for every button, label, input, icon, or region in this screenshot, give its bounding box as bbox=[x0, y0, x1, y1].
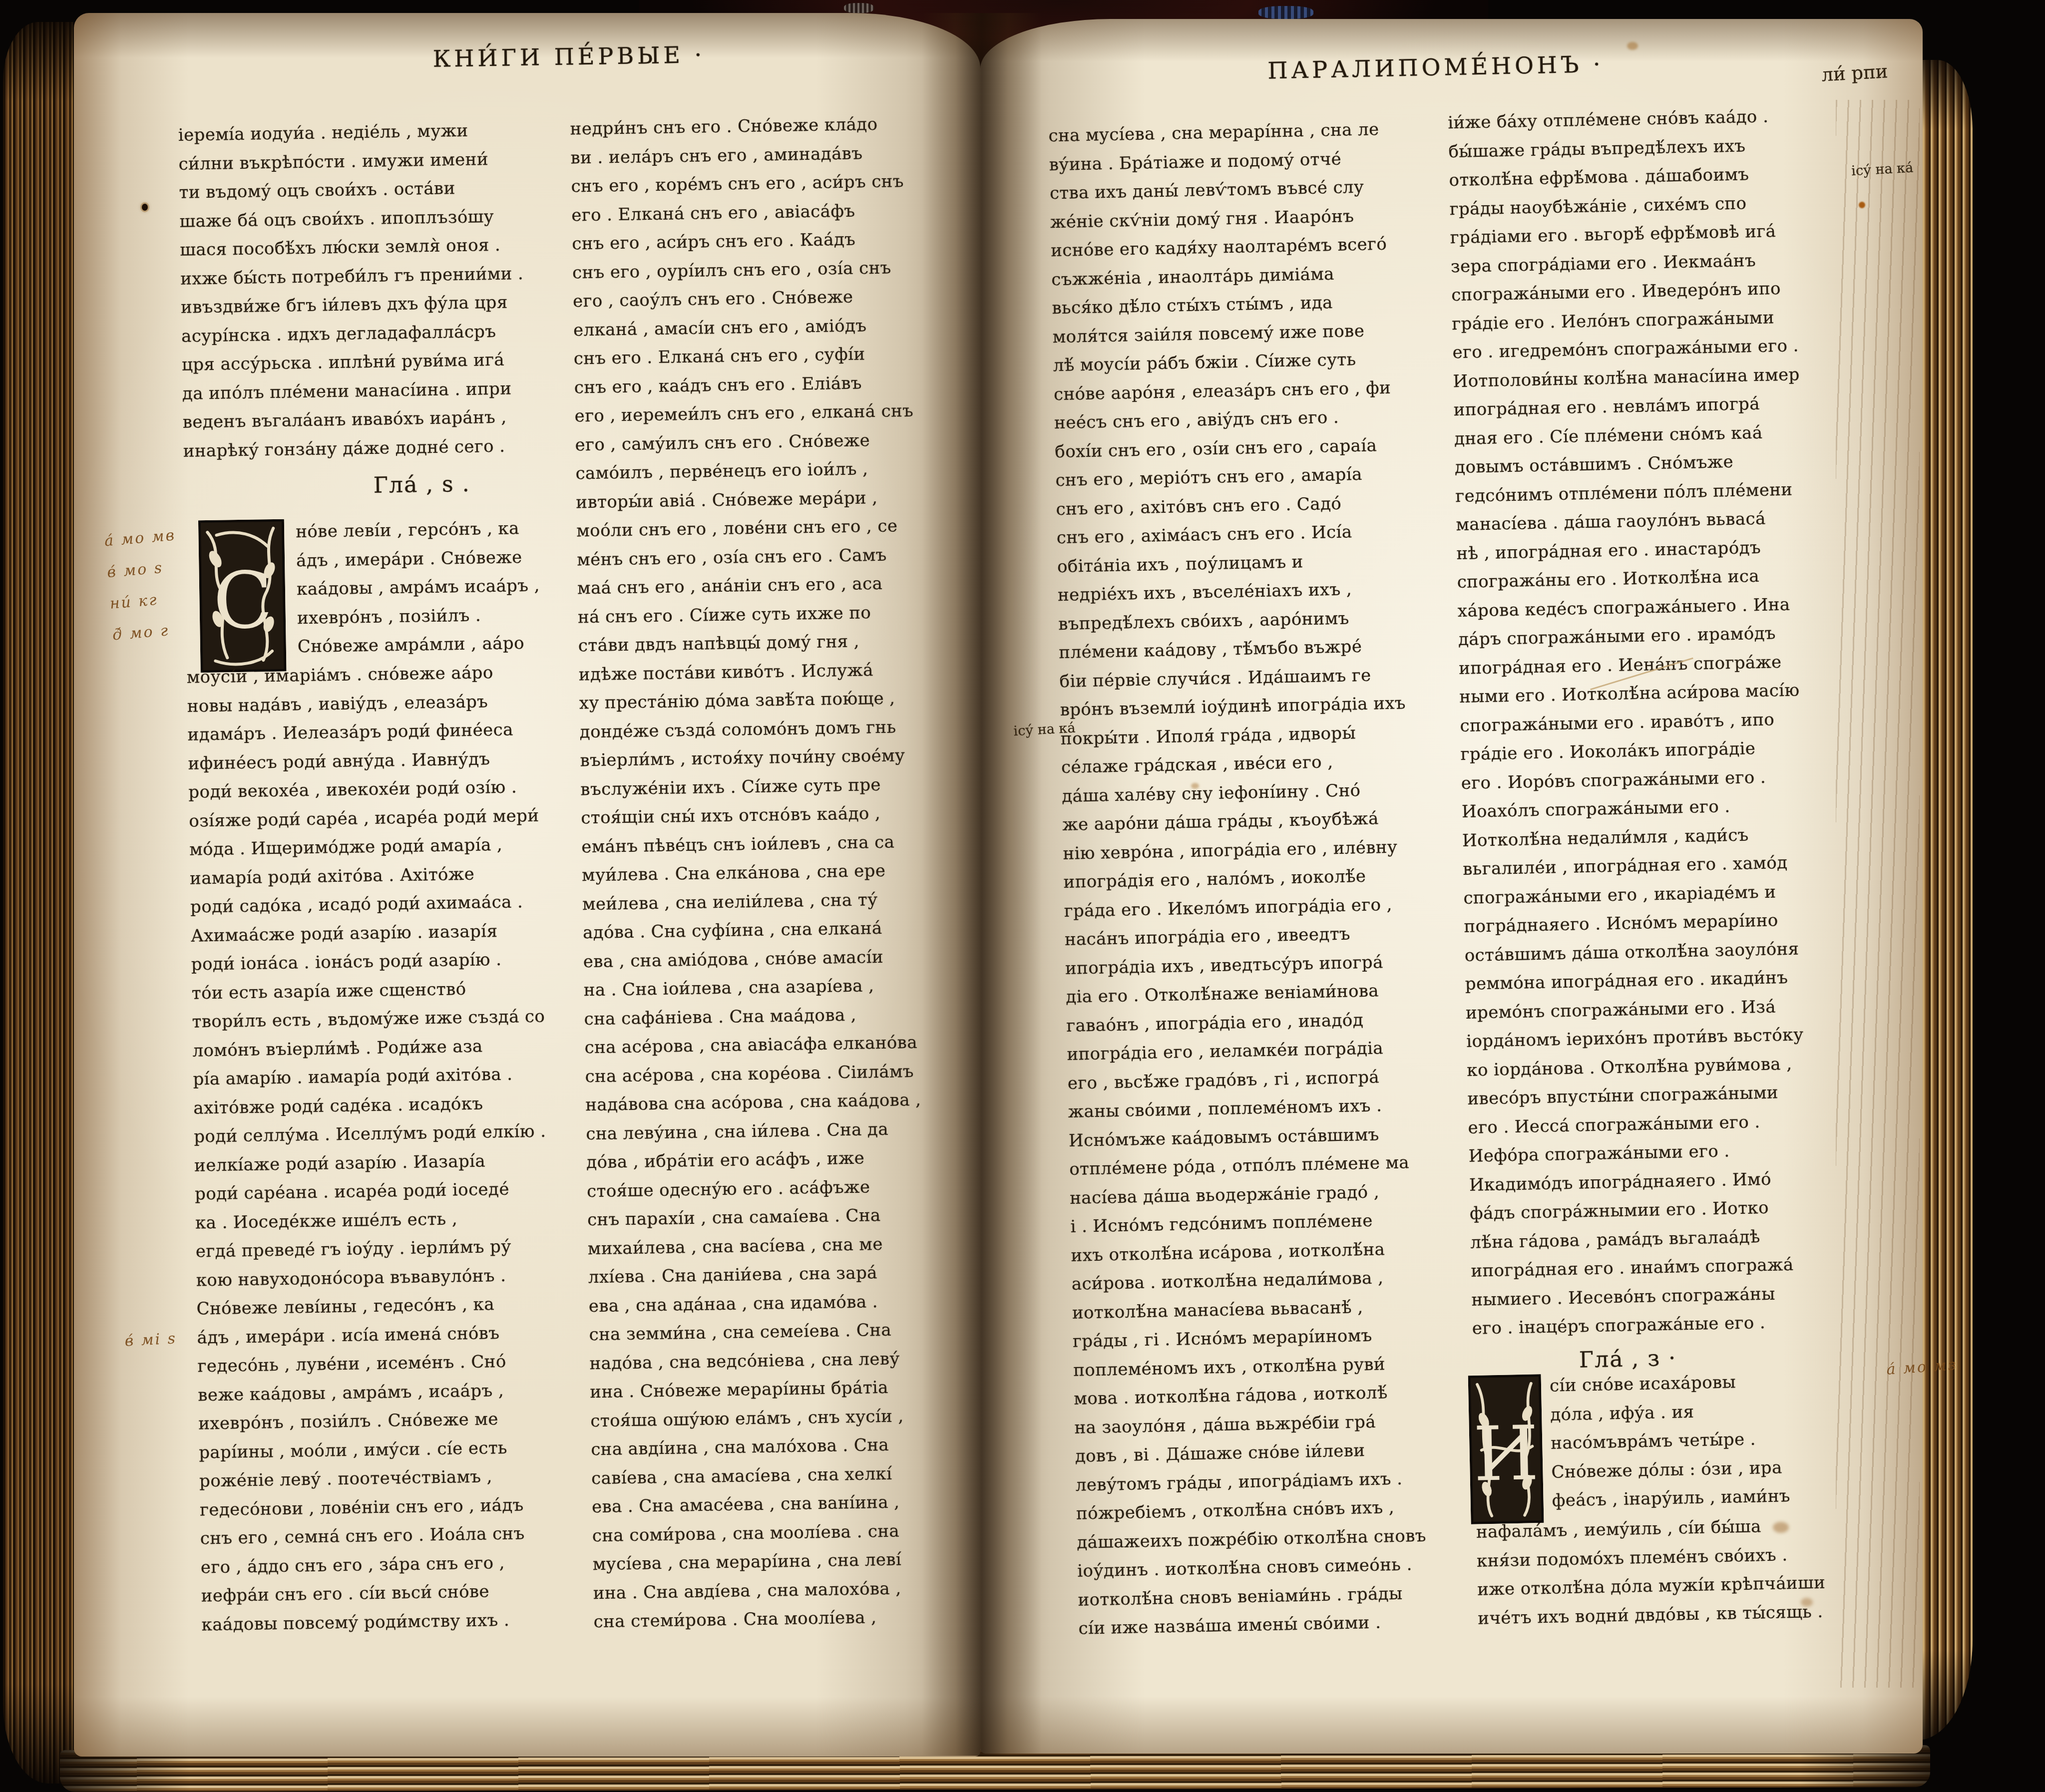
text-line: гедесо́нь , луве́ни , исеме́нъ . Сно́ bbox=[197, 1351, 542, 1385]
text-line: то́и есть азарі́а иже сщенство́ bbox=[191, 978, 536, 1012]
text-line: цря ассу́рьска . иплѣни́ руви́ма ига́ bbox=[182, 350, 517, 383]
text-line: идѣже поста́ви киво́тъ . Ислужа́ bbox=[579, 659, 919, 693]
running-header-left: КНИ́ГИ ПЕ́РВЫЕ · bbox=[134, 36, 1004, 77]
text-line: его . Елкана́ снъ его , авіаса́фъ bbox=[571, 200, 911, 234]
right-page-content: ПАРАЛИПОМЕ́НОНЪ · ли́ рпи сна мусі́ева ,… bbox=[980, 6, 1957, 1759]
text-line: ева , сна аміо́дова , сно́ве амасі́и bbox=[583, 946, 923, 980]
text-line: веже каа́довы , амра́мъ , исаа́ръ , bbox=[198, 1380, 543, 1414]
text-line: роди́ садо́ка , исадо́ роди́ ахимаа́са . bbox=[190, 892, 535, 926]
text-line: саві́ева , сна амасі́ева , сна хелкі́ bbox=[591, 1463, 931, 1497]
text-line: идама́ръ . Иелеаза́ръ роди́ фине́еса bbox=[187, 719, 532, 753]
text-line: озі́яже роди́ саре́а , исаре́а роди́ мер… bbox=[189, 805, 534, 839]
text-line: ема́нъ пѣве́цъ снъ іои́левъ , сна са bbox=[581, 831, 921, 865]
text-line: а́дъ , имера́ри . Сно́веже bbox=[296, 547, 526, 580]
dropcap-initial-s: С bbox=[198, 519, 287, 673]
text-line: снъ его , семна́ снъ его . Иоа́ла снъ bbox=[200, 1523, 545, 1557]
text-line: его , саму́илъ снъ его . Сно́веже bbox=[575, 429, 915, 463]
margin-note-handwritten-lower: в́ мі ѕ bbox=[124, 1330, 177, 1350]
text-line: маа́ снъ его , ана́ніи снъ его , аса bbox=[577, 573, 917, 607]
text-line: веденъ въгала́анъ иваво́хъ иара́нъ , bbox=[182, 407, 517, 441]
text-line: ина . Сна авді́ева , сна малохо́ва , bbox=[593, 1578, 933, 1612]
text-line: ина . Сно́веже мерарі́ины бра́тіа bbox=[590, 1377, 930, 1411]
text-line: ифине́есъ роди́ авну́да . Иавну́дъ bbox=[188, 748, 533, 782]
text-line: феа́съ , інару́иль , иами́нъ bbox=[1552, 1485, 1812, 1519]
text-line: иче́тъ ихъ водни́ двдо́вы , кв ты́сящь . bbox=[1478, 1602, 1818, 1637]
text-line: ломо́нъ въіерли́мѣ . Роди́же аза bbox=[192, 1035, 537, 1069]
fore-edge-creases bbox=[1836, 100, 1920, 1688]
text-line: ви . иела́ръ снъ его , аминада́въ bbox=[570, 142, 910, 176]
text-line: до́ва , ибра́тіи его аса́фъ , иже bbox=[586, 1147, 926, 1181]
text-line: инарѣку́ гонза́ну да́же додне́ сего . bbox=[183, 436, 518, 470]
text-line: сна леву́ина , сна іи́лева . Сна да bbox=[586, 1118, 926, 1152]
text-line: моо́ли снъ его , лове́ни снъ его , се bbox=[576, 516, 916, 550]
text-line: сна стеми́рова . Сна моолі́ева , bbox=[593, 1607, 933, 1641]
text-line: роди́ векохе́а , ивекохе́и роди́ озі́ю . bbox=[188, 777, 533, 811]
text-line: ахіто́вже роди́ саде́ка . исадо́къ bbox=[193, 1092, 538, 1126]
text-line: донде́же създа́ соломо́нъ домъ гнь bbox=[579, 717, 919, 750]
foxing-stain bbox=[1801, 1598, 1813, 1607]
text-line: сна сафа́ніева . Сна маа́дова , bbox=[584, 1004, 924, 1038]
text-line: Ахимаа́сже роди́ азарі́ю . иазарі́я bbox=[191, 920, 536, 954]
text-line: си́лни въкрѣпо́сти . имужи имени́ bbox=[178, 149, 513, 183]
text-line: лхі́ева . Сна даніи́ева , сна зара́ bbox=[588, 1262, 928, 1296]
text-line: роже́ніе леву́ . поотече́ствіамъ , bbox=[199, 1466, 544, 1500]
text-line: Сно́веже до́лы : о́зи , ира bbox=[1551, 1457, 1811, 1491]
folio-number: ли́ рпи bbox=[1821, 60, 1888, 85]
text-line: роди́ селлу́ма . Иселлу́мъ роди́ елкі́ю … bbox=[194, 1121, 539, 1155]
text-line: михаи́лева , сна васі́ева , сна ме bbox=[588, 1233, 928, 1267]
text-line: но́ве леві́и , герсо́нъ , ка bbox=[296, 518, 526, 551]
text-line: сна земми́на , сна семеі́ева . Сна bbox=[589, 1320, 929, 1354]
photo-of-open-book: { "colors": { "background": "#070504", "… bbox=[0, 0, 2045, 1792]
text-line: стоя́ше одесну́ю его . аса́фъже bbox=[587, 1176, 927, 1210]
text-line: ивъздви́же бгъ іи́левъ дхъ фу́ла цря bbox=[181, 292, 516, 326]
text-line: рарі́ины , моо́ли , иму́си . сі́е есть bbox=[199, 1437, 544, 1471]
left-column-1-body: моусі́и , имаріа́мъ . сно́веже аа́роновы… bbox=[187, 662, 547, 1644]
text-line: моусі́и , имаріа́мъ . сно́веже аа́ро bbox=[187, 662, 532, 696]
text-line: насо́мъвра́мъ четы́ре . bbox=[1551, 1428, 1811, 1462]
foxing-stain bbox=[1627, 42, 1638, 50]
left-column-2-body: недри́нъ снъ его . Сно́веже кла́дови . и… bbox=[570, 114, 933, 1641]
text-line: роди́ іона́са . іона́съ роди́ азарі́ю . bbox=[191, 949, 536, 983]
text-line: стоя́ша ошу́юю ела́мъ , снъ хусі́и , bbox=[590, 1406, 930, 1439]
text-line: его , а́ддо снъ его , за́ра снъ его , bbox=[201, 1552, 546, 1586]
ink-spot-stain bbox=[1859, 202, 1865, 208]
gutter-shadow bbox=[922, 13, 1042, 1756]
text-line: снъ его , каа́дъ снъ его . Еліа́въ bbox=[574, 372, 914, 406]
text-line: шаже ба́ оцъ свои́хъ . ипоплъзо́шу bbox=[179, 206, 514, 240]
text-line: іеремі́а иодуи́а . недіе́ль , мужи bbox=[178, 120, 513, 154]
left-page: КНИ́ГИ ПЕ́РВЫЕ · іеремі́а иодуи́а . неді… bbox=[74, 13, 980, 1757]
right-column-2-beside-dropcap: сі́и сно́ве исаха́ровыдо́ла , ифу́а . ия… bbox=[1550, 1371, 1812, 1519]
text-line: д́ мо г bbox=[112, 621, 186, 658]
foxing-stain bbox=[1191, 783, 1199, 789]
text-line: въслуже́ніи ихъ . Сі́иже суть пре bbox=[580, 774, 920, 808]
running-header-right: ПАРАЛИПОМЕ́НОНЪ · bbox=[981, 44, 1891, 90]
chapter-heading-7: Гла́ , з · bbox=[1579, 1346, 1677, 1373]
text-line: ху преста́нію до́ма завѣ́та пою́ще , bbox=[579, 688, 919, 722]
chapter-heading-6: Гла́ , ѕ . bbox=[373, 471, 470, 498]
text-line: его . інаце́ръ спогража́ные его . bbox=[1472, 1312, 1802, 1348]
text-line: асурі́нска . идхъ дегладафалла́сръ bbox=[181, 321, 516, 355]
wormhole-stain bbox=[142, 204, 148, 211]
text-line: нада́вова сна асо́рова , сна каа́дова , bbox=[585, 1090, 925, 1124]
svg-text:И: И bbox=[1473, 1410, 1540, 1498]
text-line: меи́лева , сна иеліи́лева , сна ту́ bbox=[582, 889, 922, 923]
text-line: снъ парахі́и , сна самаі́ева . Сна bbox=[587, 1205, 927, 1239]
text-line: иелкі́аже роди́ азарі́ю . Иазарі́а bbox=[194, 1150, 539, 1184]
text-line: Сно́веже амра́мли , аа́ро bbox=[298, 633, 528, 666]
text-line: снъ его . Елкана́ снъ его , суфі́и bbox=[574, 344, 914, 377]
text-line: его , саоу́лъ снъ его . Сно́веже bbox=[573, 286, 913, 320]
text-line: сна асе́рова , сна авіаса́фа елкано́ва bbox=[584, 1033, 924, 1067]
text-line: мусі́ева , сна мерарі́ина , сна леві́ bbox=[593, 1549, 933, 1583]
margin-note-handwritten-upper: а́ мо мвв́ мо ѕни́ кгд́ мо г bbox=[104, 526, 186, 658]
text-line: гедесо́нови , лове́ніи снъ его , иа́дъ bbox=[200, 1494, 545, 1528]
text-line: до́ла , ифу́а . ия bbox=[1550, 1400, 1810, 1434]
text-line: на . Сна іои́лева , сна азарі́ева , bbox=[583, 975, 923, 1009]
text-line: шася пособѣ́хъ лю́ски земля̀ оноя . bbox=[180, 235, 515, 269]
text-line: да ипо́лъ пле́мени манасі́ина . ипри bbox=[182, 378, 517, 412]
text-line: роди́ саре́ана . исаре́а роди́ іоседе́ bbox=[195, 1179, 540, 1213]
text-line: сна асе́рова , сна коре́ова . Сіила́мъ bbox=[585, 1061, 925, 1095]
text-line: елкана́ , амасі́и снъ его , аміо́дъ bbox=[573, 315, 913, 349]
text-line: иамарі́а роди́ ахіто́ва . Ахіто́же bbox=[190, 863, 535, 897]
text-line: надо́ва , сна ведсо́ніева , сна леву́ bbox=[589, 1348, 929, 1382]
right-column-2-lower: нафала́мъ , иему́иль , сі́и бы́шакня́зи … bbox=[1476, 1515, 1818, 1637]
text-line: кою навуходоно́сора въвавуло́нъ . bbox=[196, 1265, 541, 1299]
text-line: ивторы́и авіа́ . Сно́веже мера́ри , bbox=[576, 487, 916, 521]
text-line: снъ его , коре́мъ снъ его , аси́ръ снъ bbox=[571, 171, 911, 205]
foxing-stain bbox=[1773, 1522, 1789, 1533]
text-line: сі́и сно́ве исаха́ровы bbox=[1550, 1371, 1810, 1405]
left-column-1-top: іеремі́а иодуи́а . недіе́ль , мужиси́лни… bbox=[178, 120, 518, 469]
text-line: Сно́веже леві́ины , гедесо́нъ , ка bbox=[196, 1294, 541, 1328]
text-line: ева . Сна амасе́ева , сна вані́ина , bbox=[592, 1492, 932, 1526]
text-line: недри́нъ снъ его . Сно́веже кла́до bbox=[570, 114, 910, 148]
text-line: адо́ва . Сна суфі́ина , сна елкана́ bbox=[583, 918, 923, 952]
dropcap-woodcut-icon: С bbox=[198, 519, 287, 673]
text-line: сі́и иже назва́ша имены́ сво́ими . bbox=[1078, 1612, 1416, 1647]
text-line: ихевро́нъ , позіи́лъ . Сно́веже ме bbox=[198, 1409, 543, 1442]
svg-text:С: С bbox=[212, 555, 273, 647]
text-line: мо́да . Ищеримо́дже роди́ амарі́а , bbox=[189, 834, 534, 868]
text-line: на́ снъ его . Сі́иже суть ихже по bbox=[578, 602, 918, 636]
text-line: ихевро́нъ , позіи́лъ . bbox=[297, 605, 527, 637]
text-line: рі́а амарі́ю . иамарі́а роди́ ахіто́ва . bbox=[193, 1064, 538, 1098]
left-page-edge-stack bbox=[3, 22, 82, 1784]
text-line: твори́лъ есть , въдому́же иже създа́ со bbox=[192, 1007, 537, 1041]
text-line: его , иеремеи́лъ снъ его , елкана́ снъ bbox=[574, 401, 914, 435]
text-line: каа́довы , амра́мъ исаа́ръ , bbox=[297, 576, 527, 608]
text-line: снъ его , аси́ръ снъ его . Каа́дъ bbox=[572, 229, 912, 263]
text-line: а́дъ , имера́ри . исі́а имена́ сно́въ bbox=[197, 1322, 542, 1356]
headband-blue-threads bbox=[1258, 6, 1313, 19]
text-line: ка . Иоседе́кже ише́лъ есть , bbox=[195, 1207, 540, 1241]
text-line: само́илъ , перве́нецъ его іои́лъ , bbox=[575, 458, 915, 492]
text-line: новы нада́въ , иавіу́дъ , елеаза́ръ bbox=[187, 691, 532, 724]
right-page: ПАРАЛИПОМЕ́НОНЪ · ли́ рпи сна мусі́ева ,… bbox=[980, 19, 1923, 1754]
text-line: стоя́щіи сны́ ихъ отсно́въ каа́до , bbox=[581, 803, 921, 837]
text-line: ста́ви двдъ напѣвцы́ дому́ гня , bbox=[578, 631, 918, 665]
left-column-1-beside-dropcap: но́ве леві́и , герсо́нъ , каа́дъ , имера… bbox=[296, 518, 527, 666]
right-column-2-upper: іи́же ба́ху отпле́мене сно́въ каа́до .бы… bbox=[1448, 106, 1802, 1347]
text-line: иефра́и снъ его . сі́и вьси́ сно́ве bbox=[201, 1581, 546, 1615]
text-line: снъ его , оурі́илъ снъ его , озі́а снъ bbox=[572, 257, 912, 291]
right-column-1-body: сна мусі́ева , сна мерарі́нна , сна леву… bbox=[1048, 119, 1416, 1647]
text-line: ме́нъ снъ его , озі́а снъ его . Самъ bbox=[577, 544, 917, 578]
dropcap-woodcut-icon: И bbox=[1468, 1374, 1544, 1524]
text-line: въіерли́мъ , истоя́ху почи́ну свое́му bbox=[580, 745, 920, 779]
text-line: каа́довы повсему́ роди́мству ихъ . bbox=[201, 1609, 546, 1643]
text-line: ева , сна ада́наа , сна идамо́ва . bbox=[588, 1291, 928, 1325]
dropcap-initial-i: И bbox=[1468, 1374, 1544, 1524]
text-line: егда́ преведе́ гъ іоу́ду . іерли́мъ ру́ bbox=[196, 1236, 541, 1270]
text-line: сна соми́рова , сна моолі́ева . сна bbox=[592, 1520, 932, 1554]
text-line: муи́лева . Сна елка́нова , сна ере bbox=[582, 860, 922, 894]
left-page-content: КНИ́ГИ ПЕ́РВЫЕ · іеремі́а иодуи́а . неді… bbox=[74, 6, 1008, 1764]
text-line: сна авді́ина , сна мало́хова . Сна bbox=[591, 1434, 931, 1468]
text-line: ти въдому́ оцъ свои́хъ . оста́ви bbox=[179, 177, 514, 211]
text-line: ихже бы́сть потреби́лъ гъ прении́ми . bbox=[180, 264, 515, 298]
